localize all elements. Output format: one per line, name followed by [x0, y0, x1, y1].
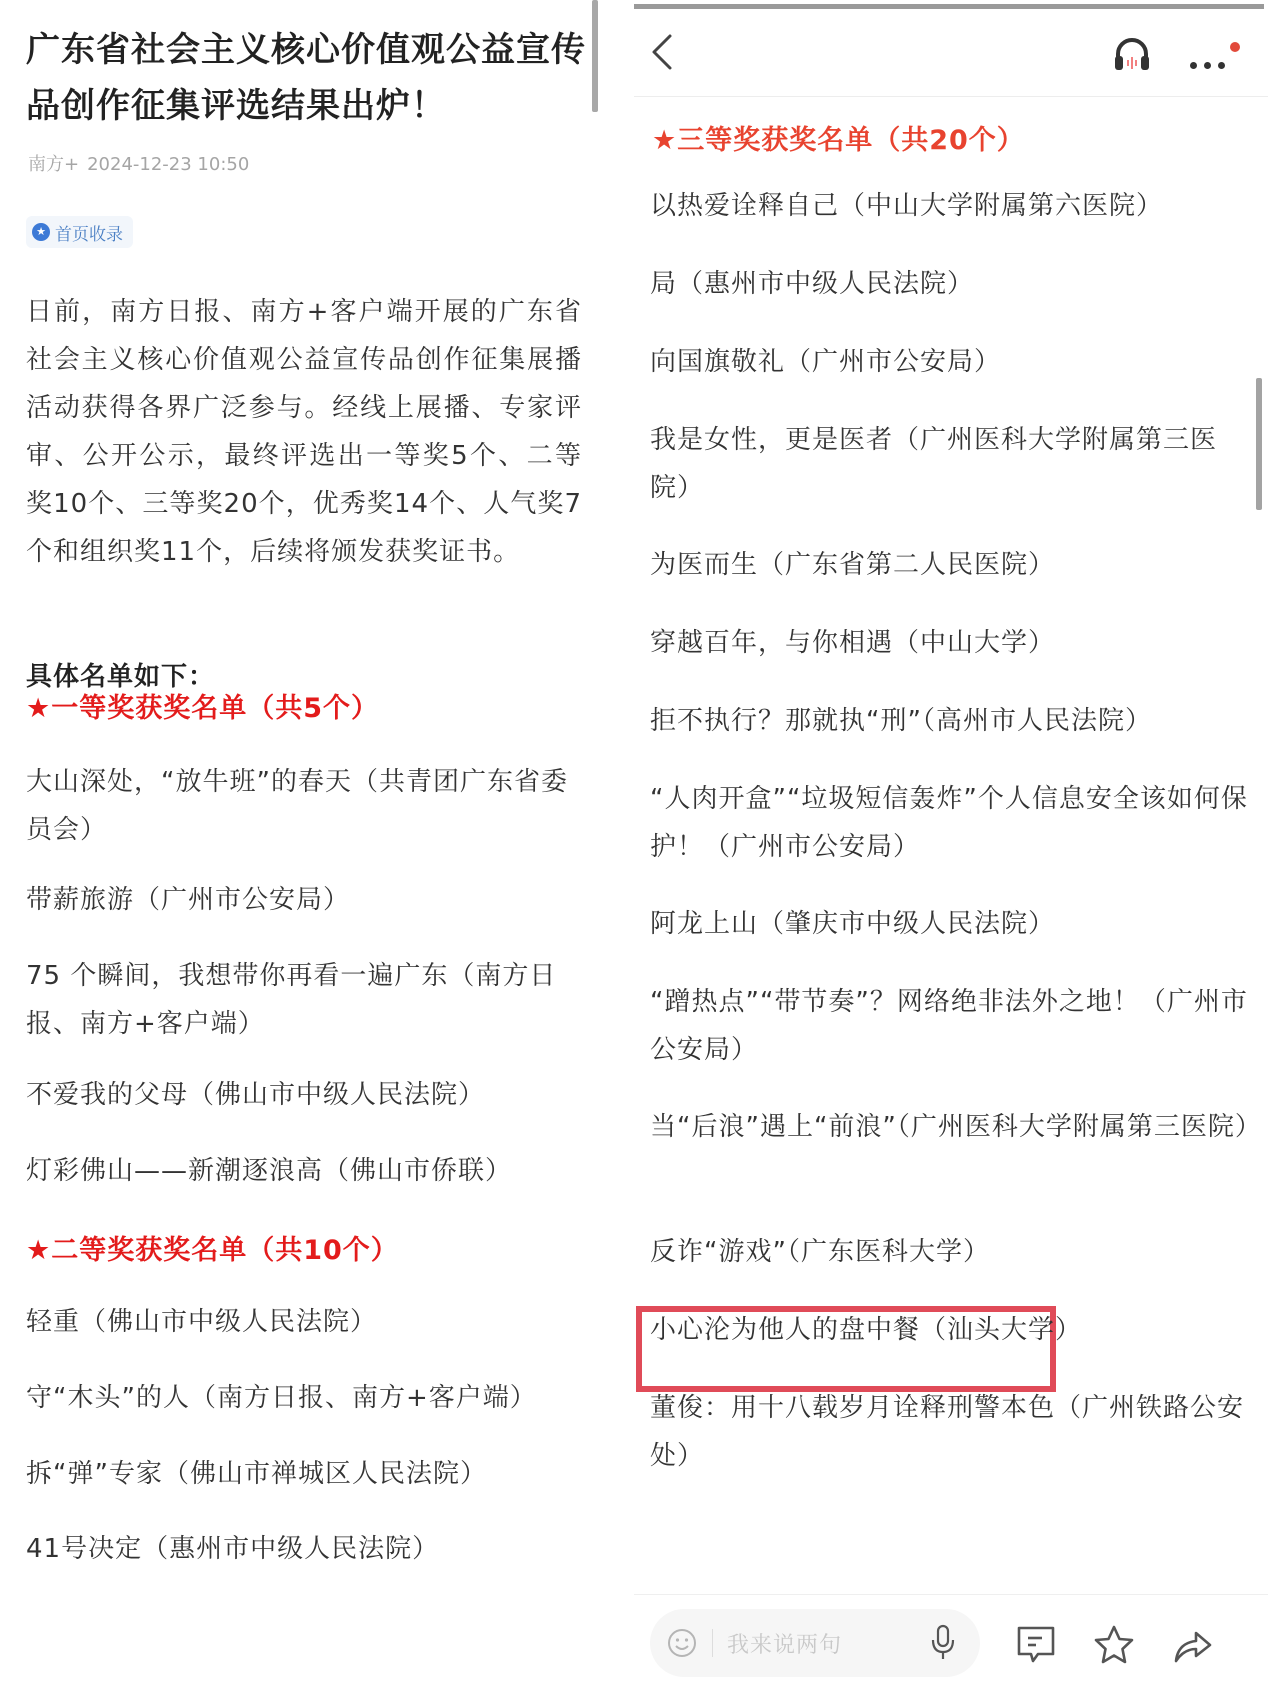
microphone-icon[interactable]	[930, 1624, 956, 1662]
star-icon[interactable]	[1092, 1623, 1136, 1667]
list-item: 不爱我的父母（佛山市中级人民法院）	[26, 1071, 582, 1119]
list-item: 穿越百年，与你相遇（中山大学）	[650, 619, 1250, 667]
more-button[interactable]	[1186, 32, 1242, 72]
divider	[712, 1629, 713, 1657]
article-datetime: 2024-12-23 10:50	[87, 154, 249, 175]
article-source: 南方+	[28, 154, 79, 175]
more-icon	[1190, 62, 1197, 69]
article-right-panel: ★三等奖获奖名单（共20个） 以热爱诠释自己（中山大学附属第六医院） 局（惠州市…	[634, 0, 1268, 1693]
list-item: 守“木头”的人（南方日报、南方+客户端）	[26, 1374, 582, 1422]
back-icon	[648, 32, 678, 72]
article-left-panel: 广东省社会主义核心价值观公益宣传品创作征集评选结果出炉！ 南方+2024-12-…	[0, 0, 600, 1693]
list-item: “蹭热点”“带节奏”？网络绝非法外之地！（广州市公安局）	[650, 978, 1250, 1074]
article-meta: 南方+2024-12-23 10:50	[28, 150, 249, 176]
badge-label: 首页收录	[55, 220, 123, 245]
share-icon[interactable]	[1170, 1623, 1214, 1667]
comment-input[interactable]: 我来说两句	[650, 1609, 980, 1677]
list-item: “人肉开盒”“垃圾短信轰炸”个人信息安全该如何保护！（广州市公安局）	[650, 775, 1250, 871]
more-icon-dot	[1204, 62, 1211, 69]
headphones-icon	[1112, 34, 1152, 74]
list-item: 75 个瞬间，我想带你再看一遍广东（南方日报、南方+客户端）	[26, 952, 582, 1048]
homepage-featured-badge[interactable]: ★ 首页收录	[26, 216, 133, 248]
list-item: 为医而生（广东省第二人民医院）	[650, 541, 1250, 589]
scrollbar[interactable]	[1256, 378, 1262, 510]
list-item: 以热爱诠释自己（中山大学附属第六医院）	[650, 182, 1250, 230]
back-button[interactable]	[648, 32, 678, 72]
more-icon-dot	[1218, 62, 1225, 69]
list-item: 41号决定（惠州市中级人民法院）	[26, 1525, 582, 1573]
list-item: 向国旗敬礼（广州市公安局）	[650, 338, 1250, 386]
list-item: 灯彩佛山——新潮逐浪高（佛山市侨联）	[26, 1147, 582, 1195]
comment-icon[interactable]	[1014, 1623, 1058, 1667]
list-item: 我是女性，更是医者（广州医科大学附属第三医院）	[650, 416, 1250, 512]
list-item: 当“后浪”遇上“前浪”（广州医科大学附属第三医院）	[650, 1103, 1250, 1151]
third-prize-heading: ★三等奖获奖名单（共20个）	[652, 118, 1025, 157]
scrollbar[interactable]	[592, 0, 598, 112]
divider	[634, 4, 1264, 9]
list-item: 小心沦为他人的盘中餐（汕头大学）	[650, 1306, 1250, 1354]
article-intro: 日前，南方日报、南方+客户端开展的广东省社会主义核心价值观公益宣传品创作征集展播…	[26, 288, 582, 576]
listen-button[interactable]	[1112, 34, 1152, 74]
list-item: 阿龙上山（肇庆市中级人民法院）	[650, 900, 1250, 948]
first-prize-heading: ★一等奖获奖名单（共5个）	[26, 686, 379, 725]
notification-dot	[1230, 42, 1240, 52]
list-item: 拒不执行？那就执“刑”（高州市人民法院）	[650, 697, 1250, 745]
list-item: 董俊：用十八载岁月诠释刑警本色（广州铁路公安处）	[650, 1384, 1250, 1480]
list-item: 轻重（佛山市中级人民法院）	[26, 1298, 582, 1346]
bottom-action-bar: 我来说两句	[634, 1594, 1268, 1693]
star-circle-icon: ★	[32, 223, 50, 241]
second-prize-heading: ★二等奖获奖名单（共10个）	[26, 1228, 399, 1267]
list-item: 大山深处，“放牛班”的春天（共青团广东省委员会）	[26, 758, 582, 854]
article-title: 广东省社会主义核心价值观公益宣传品创作征集评选结果出炉！	[26, 22, 586, 134]
emoji-icon[interactable]	[666, 1627, 698, 1659]
list-item: 拆“弹”专家（佛山市禅城区人民法院）	[26, 1450, 582, 1498]
comment-placeholder[interactable]: 我来说两句	[727, 1628, 930, 1659]
list-item: 局（惠州市中级人民法院）	[650, 260, 1250, 308]
list-item-highlighted: 反诈“游戏”（广东医科大学）	[650, 1228, 1250, 1276]
top-nav-bar	[634, 10, 1268, 97]
list-item: 带薪旅游（广州市公安局）	[26, 876, 582, 924]
